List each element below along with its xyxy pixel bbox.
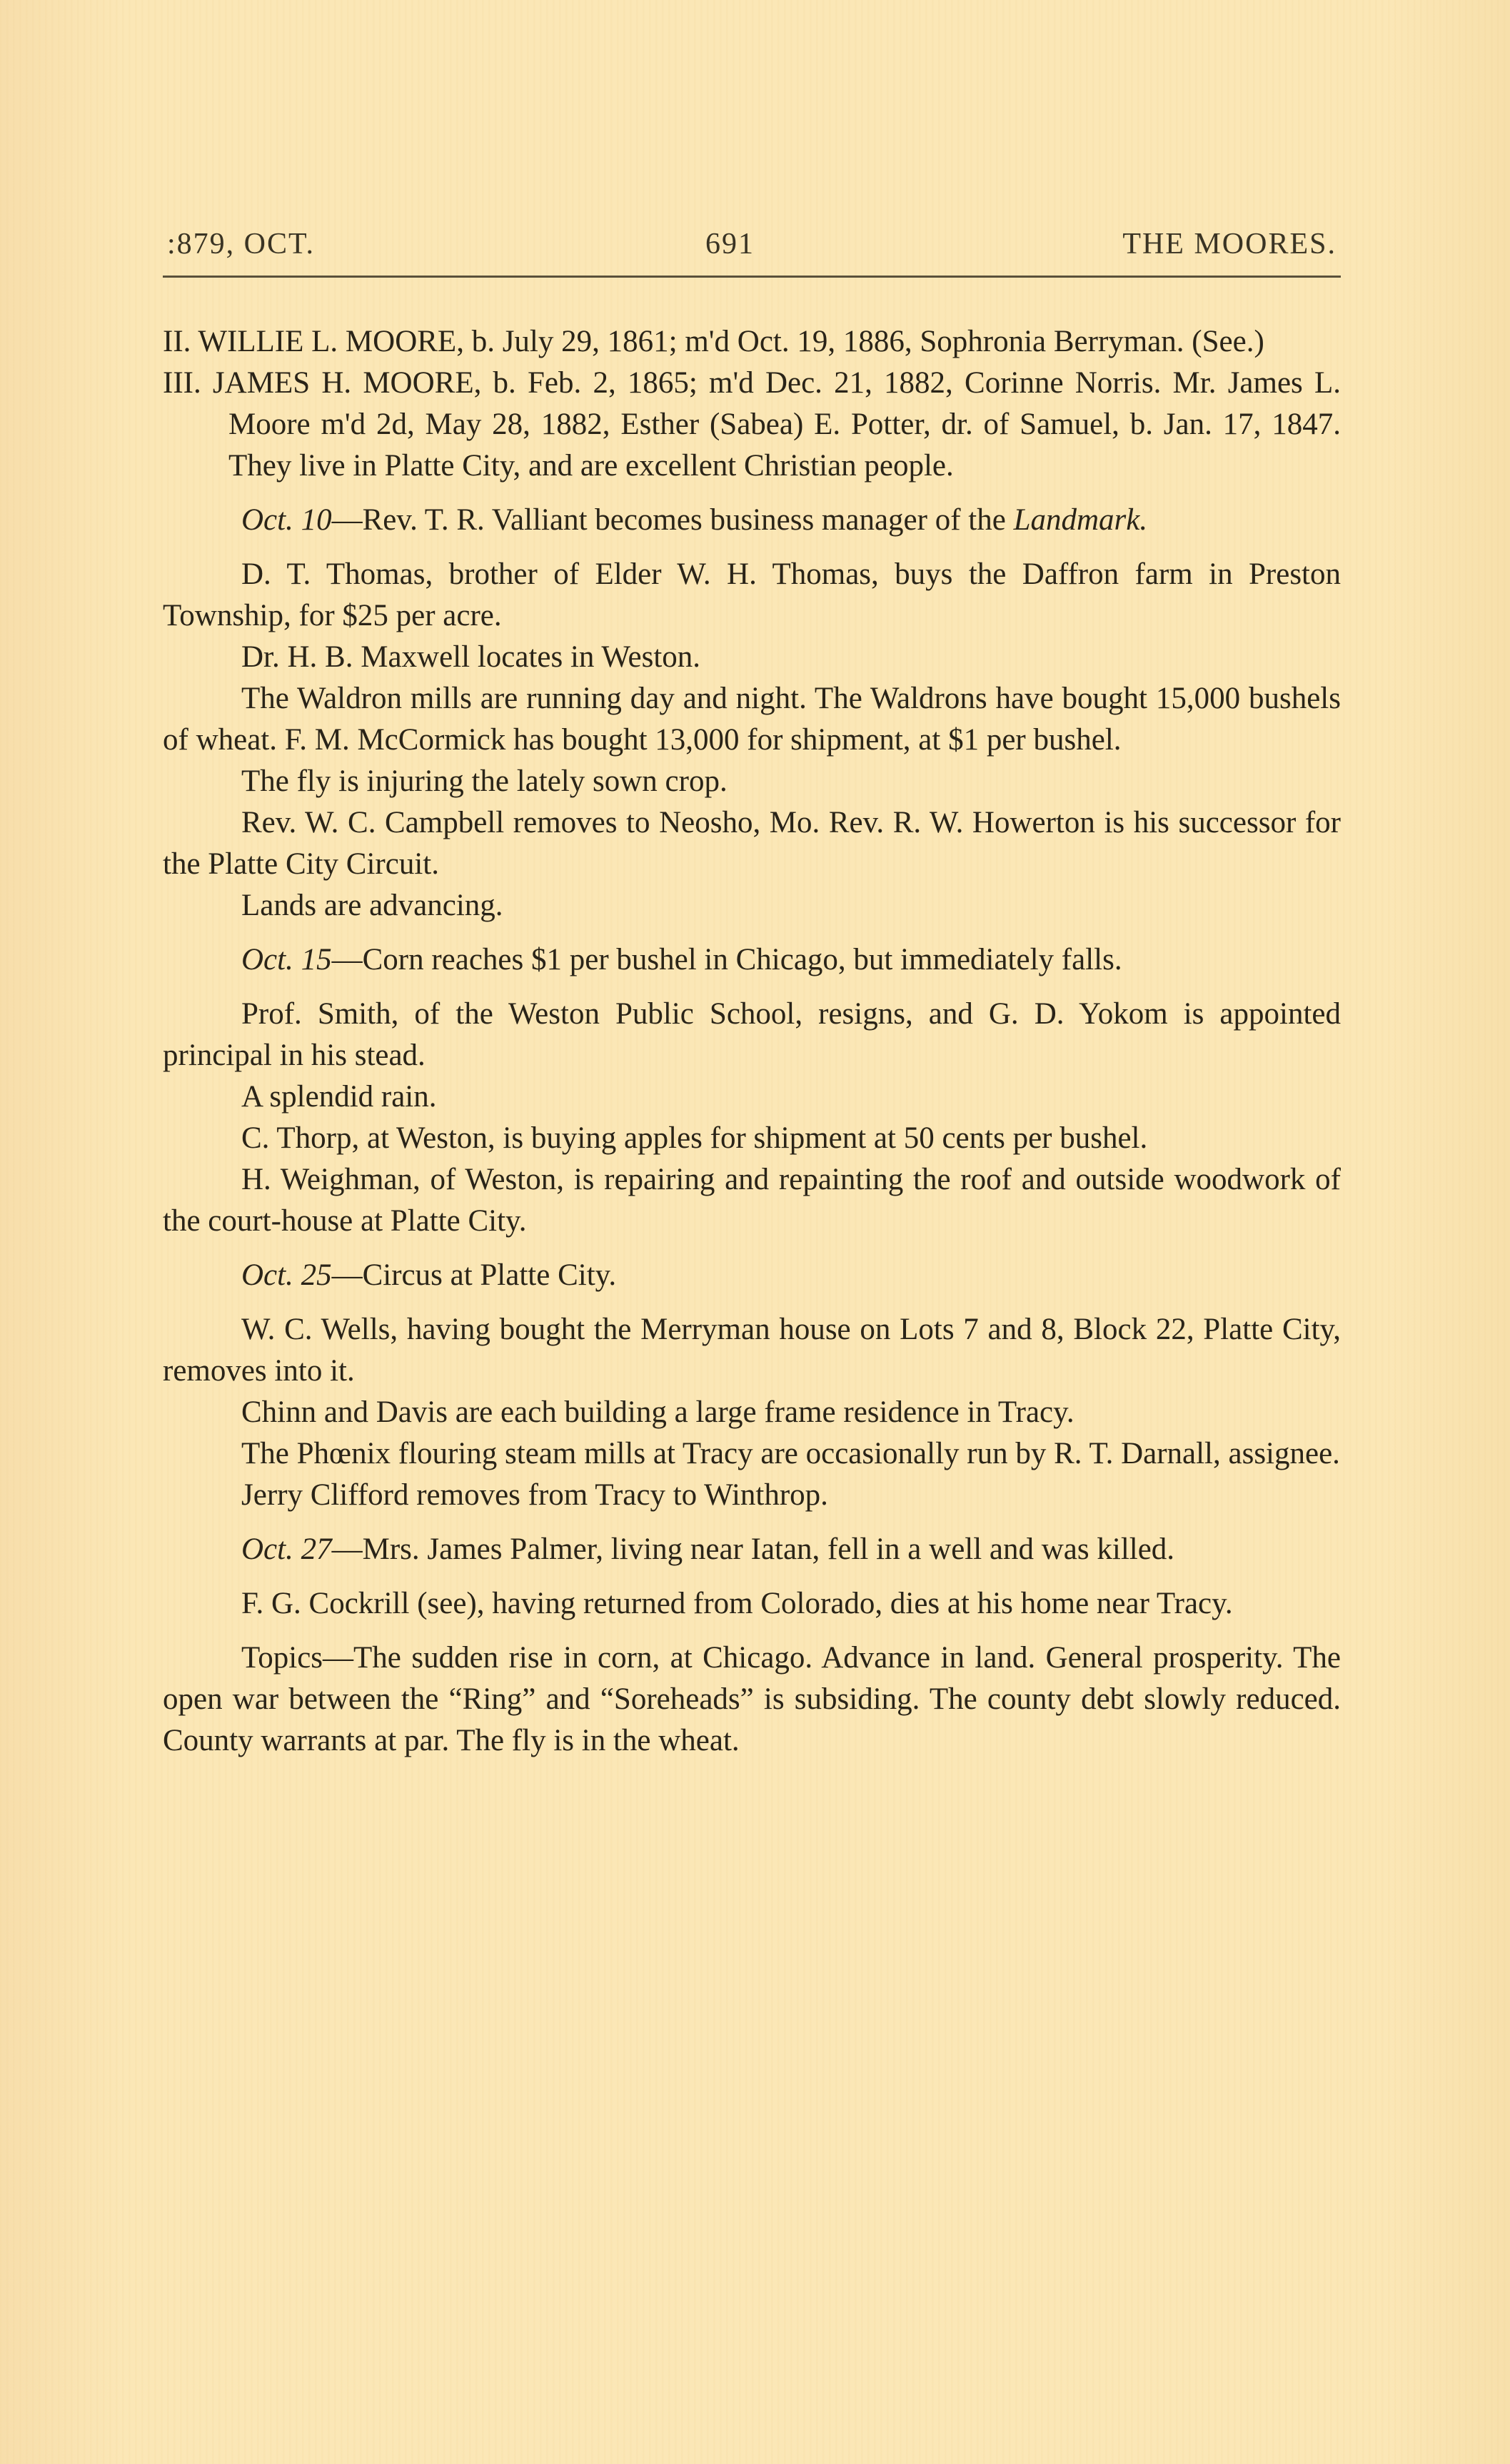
paragraph-text: The Phœnix flouring steam mills at Tracy… (241, 1437, 1340, 1470)
chronicle-paragraph: The Waldron mills are running day and ni… (163, 678, 1341, 761)
chronicle-paragraph: Prof. Smith, of the Weston Public School… (163, 994, 1341, 1076)
chronicle-paragraph: W. C. Wells, having bought the Merryman … (163, 1309, 1341, 1392)
chronicle-paragraph: Rev. W. C. Campbell removes to Neosho, M… (163, 802, 1341, 885)
chronicle-paragraph: A splendid rain. (163, 1076, 1341, 1118)
entry-text: WILLIE L. MOORE, b. July 29, 1861; m'd O… (198, 325, 1264, 358)
paragraph-text: F. G. Cockrill (see), having returned fr… (241, 1587, 1233, 1620)
page-number: 691 (705, 227, 755, 261)
chronicle-paragraph: Oct. 15—Corn reaches $1 per bushel in Ch… (163, 939, 1341, 981)
entry-date: Oct. 15 (241, 943, 332, 976)
paragraph-text: H. Weighman, of Weston, is repairing and… (163, 1163, 1341, 1238)
chronicle-paragraph: Lands are advancing. (163, 885, 1341, 926)
chronicle-paragraph: Jerry Clifford removes from Tracy to Win… (163, 1475, 1341, 1516)
topics-paragraph: Topics—The sudden rise in corn, at Chica… (163, 1637, 1341, 1762)
entry-date: Oct. 27 (241, 1533, 332, 1566)
chronicle-paragraph: The fly is injuring the lately sown crop… (163, 761, 1341, 802)
paragraph-text: —Corn reaches $1 per bushel in Chicago, … (332, 943, 1122, 976)
entry-date: Oct. 10 (241, 503, 332, 537)
chronicle-paragraph: Oct. 10—Rev. T. R. Valliant becomes busi… (163, 500, 1341, 541)
paragraph-text: The Waldron mills are running day and ni… (163, 682, 1341, 757)
chronicle-paragraph: F. G. Cockrill (see), having returned fr… (163, 1583, 1341, 1625)
chronicle-paragraph: Dr. H. B. Maxwell locates in Weston. (163, 637, 1341, 678)
running-head-date: :879, OCT. (167, 227, 315, 261)
paragraph-text: A splendid rain. (241, 1080, 437, 1114)
chronicle-paragraph: The Phœnix flouring steam mills at Tracy… (163, 1433, 1341, 1475)
chronicle-paragraph: Chinn and Davis are each building a larg… (163, 1392, 1341, 1433)
paragraph-text: Topics—The sudden rise in corn, at Chica… (163, 1641, 1341, 1757)
running-head-title: THE MOORES. (1122, 227, 1337, 261)
book-page: :879, OCT. 691 THE MOORES. II. WILLIE L.… (163, 214, 1341, 264)
paragraph-text: W. C. Wells, having bought the Merryman … (163, 1313, 1341, 1388)
chronicle-paragraph: C. Thorp, at Weston, is buying apples fo… (163, 1118, 1341, 1159)
chronicle-paragraph: Oct. 25—Circus at Platte City. (163, 1255, 1341, 1296)
paragraph-text: —Rev. T. R. Valliant becomes business ma… (332, 503, 1014, 537)
body-text: II. WILLIE L. MOORE, b. July 29, 1861; m… (163, 321, 1341, 1762)
entry-text: JAMES H. MOORE, b. Feb. 2, 1865; m'd Dec… (213, 366, 1341, 483)
chronicle-paragraph: Oct. 27—Mrs. James Palmer, living near I… (163, 1529, 1341, 1570)
paragraph-text: —Mrs. James Palmer, living near Iatan, f… (332, 1533, 1174, 1566)
chronicle-paragraph: H. Weighman, of Weston, is repairing and… (163, 1159, 1341, 1242)
paragraph-text: Chinn and Davis are each building a larg… (241, 1395, 1074, 1429)
genealogy-entry: II. WILLIE L. MOORE, b. July 29, 1861; m… (163, 321, 1341, 363)
paragraph-text: Lands are advancing. (241, 889, 503, 922)
paragraph-text: —Circus at Platte City. (332, 1258, 617, 1292)
entry-date: Oct. 25 (241, 1258, 332, 1292)
entry-numeral: III. (163, 366, 201, 400)
paragraph-text: Dr. H. B. Maxwell locates in Weston. (241, 640, 700, 674)
paragraph-text: The fly is injuring the lately sown crop… (241, 764, 728, 798)
genealogy-entry: III. JAMES H. MOORE, b. Feb. 2, 1865; m'… (163, 363, 1341, 487)
paragraph-text: C. Thorp, at Weston, is buying apples fo… (241, 1121, 1147, 1155)
chronicle-paragraph: D. T. Thomas, brother of Elder W. H. Tho… (163, 554, 1341, 637)
paragraph-text: Rev. W. C. Campbell removes to Neosho, M… (163, 806, 1341, 881)
publication-name: Landmark. (1014, 503, 1148, 537)
header-rule (163, 276, 1341, 278)
entry-numeral: II. (163, 325, 191, 358)
paragraph-text: D. T. Thomas, brother of Elder W. H. Tho… (163, 557, 1341, 632)
running-head: :879, OCT. 691 THE MOORES. (163, 214, 1341, 264)
paragraph-text: Prof. Smith, of the Weston Public School… (163, 997, 1341, 1072)
paragraph-text: Jerry Clifford removes from Tracy to Win… (241, 1478, 828, 1512)
